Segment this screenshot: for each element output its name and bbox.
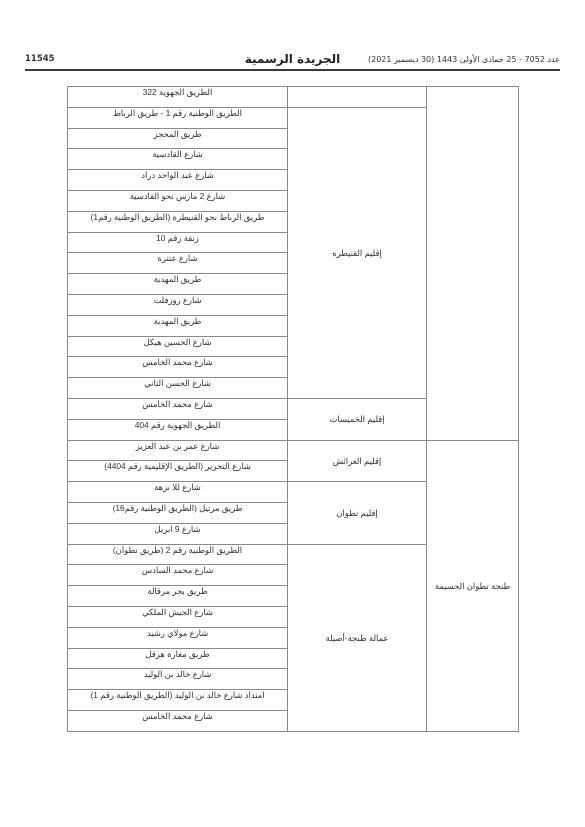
road-name: الطريق الجهوية 322 bbox=[68, 87, 287, 97]
road-cell: الطريق الجهوية رقم 404 bbox=[68, 419, 288, 440]
road-cell: طريق المحجز bbox=[68, 128, 288, 149]
road-name: شارع محمد السادس bbox=[68, 565, 287, 575]
road-name: طريق الرباط نحو القنيطرة (الطريق الوطنية… bbox=[68, 212, 287, 222]
road-name: طريق مرتيل (الطريق الوطنية رقم16) bbox=[68, 503, 287, 513]
road-cell: زنقة رقم 10 bbox=[68, 232, 288, 253]
road-name: شارع محمد الخامس bbox=[68, 357, 287, 367]
road-name: شارع مولاي رشيد bbox=[68, 628, 287, 638]
roads-table: الطريق الجهوية 322 إقليم القنيطرة الطريق… bbox=[67, 86, 519, 732]
road-name: شارع 2 مارس نحو القادسية bbox=[68, 191, 287, 201]
road-cell: شارع عنترة bbox=[68, 253, 288, 274]
road-name: طريق المحجز bbox=[68, 129, 287, 139]
road-cell: الطريق الجهوية 322 bbox=[68, 87, 288, 108]
road-cell: طريق الرباط نحو القنيطرة (الطريق الوطنية… bbox=[68, 211, 288, 232]
road-name: شارع 9 ابريل bbox=[68, 524, 287, 534]
region-cell bbox=[427, 87, 519, 441]
road-name: شارع عبد الواحد دراد bbox=[68, 170, 287, 180]
province-cell bbox=[288, 87, 427, 108]
road-name: طريق مغارة هرقل bbox=[68, 649, 287, 659]
road-name: الطريق الوطنية رقم 2 (طريق تطوان) bbox=[68, 545, 287, 555]
road-cell: شارع الحسن الثاني bbox=[68, 378, 288, 399]
page-header: 11545 الجريدة الرسمية عدد 7052 - 25 جماد… bbox=[25, 52, 560, 70]
road-cell: طريق المهدية bbox=[68, 315, 288, 336]
road-cell: شارع القادسية bbox=[68, 149, 288, 170]
road-name: شارع محمد الخامس bbox=[68, 399, 287, 409]
road-cell: شارع محمد الخامس bbox=[68, 357, 288, 378]
road-name: شارع محمد الخامس bbox=[68, 711, 287, 721]
road-name: شارع خالد بن الوليد bbox=[68, 669, 287, 679]
road-cell: طريق مرتيل (الطريق الوطنية رقم16) bbox=[68, 502, 288, 523]
road-name: شارع القادسية bbox=[68, 149, 287, 159]
road-name: شارع عمر بن عبد العزيز bbox=[68, 441, 287, 451]
road-cell: شارع عبد الواحد دراد bbox=[68, 170, 288, 191]
road-cell: شارع الجيش الملكي bbox=[68, 606, 288, 627]
road-name: شارع عنترة bbox=[68, 253, 287, 263]
road-name: شارع روزفلت bbox=[68, 295, 287, 305]
province-cell: عمالة طنجة-أصيلة bbox=[288, 544, 427, 731]
road-cell: شارع مولاي رشيد bbox=[68, 627, 288, 648]
region-cell: طنجة تطوان الحسيمة bbox=[427, 440, 519, 731]
road-name: شارع التحرير (الطريق الإقليمية رقم 4404) bbox=[68, 461, 287, 471]
road-cell: شارع 2 مارس نحو القادسية bbox=[68, 190, 288, 211]
road-name: امتداد شارع خالد بن الوليد (الطريق الوطن… bbox=[68, 690, 287, 700]
road-cell: شارع محمد الخامس bbox=[68, 710, 288, 731]
road-name: شارع الجيش الملكي bbox=[68, 607, 287, 617]
province-cell: إقليم العرائش bbox=[288, 440, 427, 482]
province-cell: إقليم تطوان bbox=[288, 482, 427, 544]
road-name: شارع للا نزهة bbox=[68, 482, 287, 492]
road-cell: شارع عمر بن عبد العزيز bbox=[68, 440, 288, 461]
issue-info: عدد 7052 - 25 جمادى الأولى 1443 (30 ديسم… bbox=[368, 55, 560, 64]
road-cell: طريق المهدية bbox=[68, 274, 288, 295]
road-cell: شارع التحرير (الطريق الإقليمية رقم 4404) bbox=[68, 461, 288, 482]
road-name: الطريق الوطنية رقم 1 - طريق الرباط bbox=[68, 108, 287, 118]
road-name: طريق المهدية bbox=[68, 274, 287, 284]
road-name: الطريق الجهوية رقم 404 bbox=[68, 420, 287, 430]
road-cell: شارع محمد الخامس bbox=[68, 398, 288, 419]
road-cell: شارع للا نزهة bbox=[68, 482, 288, 503]
road-name: شارع الحسين هيكل bbox=[68, 337, 287, 347]
road-cell: طريق بحر مرقالة bbox=[68, 586, 288, 607]
road-cell: شارع محمد السادس bbox=[68, 565, 288, 586]
table-row: طنجة تطوان الحسيمة إقليم العرائش شارع عم… bbox=[68, 440, 519, 461]
road-name: شارع الحسن الثاني bbox=[68, 378, 287, 388]
road-cell: شارع روزفلت bbox=[68, 294, 288, 315]
road-name: طريق المهدية bbox=[68, 316, 287, 326]
province-cell: إقليم القنيطرة bbox=[288, 107, 427, 398]
table-row: الطريق الجهوية 322 bbox=[68, 87, 519, 108]
road-cell: امتداد شارع خالد بن الوليد (الطريق الوطن… bbox=[68, 690, 288, 711]
road-cell: الطريق الوطنية رقم 2 (طريق تطوان) bbox=[68, 544, 288, 565]
road-name: طريق بحر مرقالة bbox=[68, 586, 287, 596]
road-cell: شارع خالد بن الوليد bbox=[68, 669, 288, 690]
road-cell: طريق مغارة هرقل bbox=[68, 648, 288, 669]
roads-table-body: الطريق الجهوية 322 إقليم القنيطرة الطريق… bbox=[68, 87, 519, 732]
road-cell: الطريق الوطنية رقم 1 - طريق الرباط bbox=[68, 107, 288, 128]
road-name: زنقة رقم 10 bbox=[68, 233, 287, 243]
road-cell: شارع 9 ابريل bbox=[68, 523, 288, 544]
road-cell: شارع الحسين هيكل bbox=[68, 336, 288, 357]
province-cell: إقليم الخميسات bbox=[288, 398, 427, 440]
header-rule bbox=[25, 69, 560, 71]
